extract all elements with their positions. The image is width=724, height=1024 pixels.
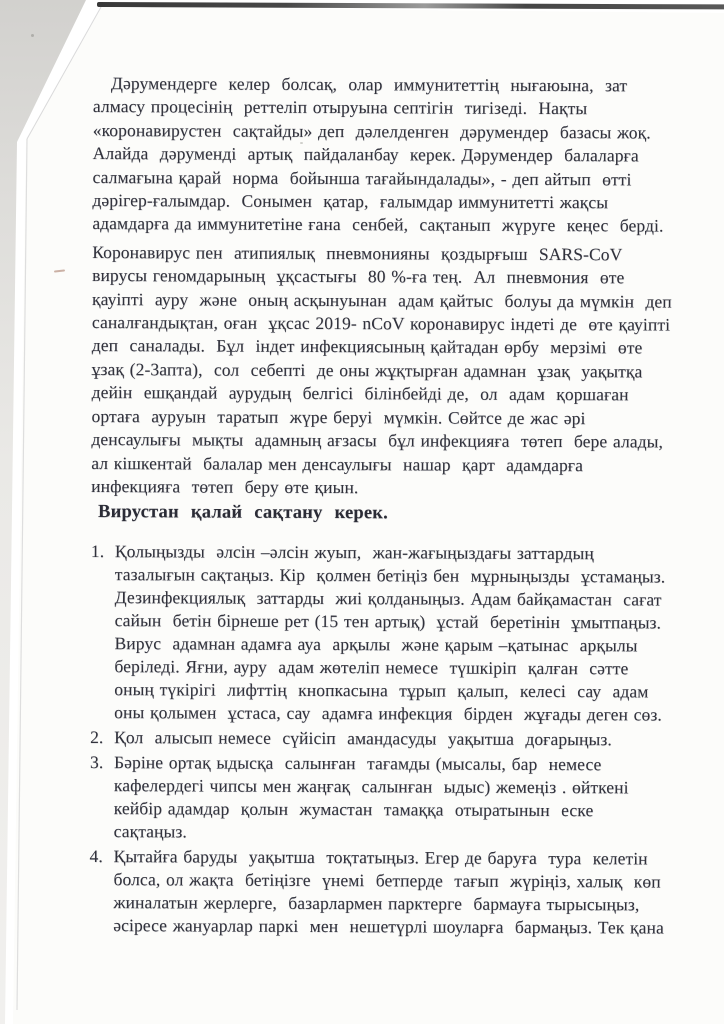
list-item-text: Бәріне ортақ ыдысқа салынған тағамды (мы…	[114, 751, 702, 846]
scanned-page: Дәрумендерге келер болсақ, олар иммуните…	[0, 0, 724, 1024]
list-item-number: 3.	[90, 751, 114, 774]
paragraph-coronavirus-info: Коронавирус пен атипиялық пневмонияны қо…	[91, 241, 704, 501]
list-item-text: Қол алысып немесе сүйісіп амандасуды уақ…	[114, 726, 702, 752]
scan-speck	[31, 34, 34, 37]
list-item-number: 4.	[90, 845, 114, 868]
list-item-text: Қытайға баруды уақытша тоқтатыңыз. Егер …	[113, 845, 701, 940]
list-item: 1. Қолыңызды әлсін –әлсін жуып, жан-жағы…	[90, 540, 703, 727]
list-item: 2. Қол алысып немесе сүйісіп амандасуды …	[90, 726, 702, 752]
list-item-number: 1.	[91, 540, 115, 563]
paragraph-vitamins: Дәрумендерге келер болсақ, олар иммуните…	[92, 72, 705, 239]
list-item-number: 2.	[90, 726, 114, 749]
document-text: Дәрумендерге келер болсақ, олар иммуните…	[89, 72, 705, 941]
prevention-list: 1. Қолыңызды әлсін –әлсін жуып, жан-жағы…	[89, 540, 703, 940]
list-item-text: Қолыңызды әлсін –әлсін жуып, жан-жағыңыз…	[114, 540, 703, 727]
list-item: 3. Бәріне ортақ ыдысқа салынған тағамды …	[90, 751, 702, 846]
list-item: 4. Қытайға баруды уақытша тоқтатыңыз. Ег…	[89, 845, 701, 940]
section-heading-virus-protection: Вирустан қалай сақтану керек.	[98, 501, 703, 527]
